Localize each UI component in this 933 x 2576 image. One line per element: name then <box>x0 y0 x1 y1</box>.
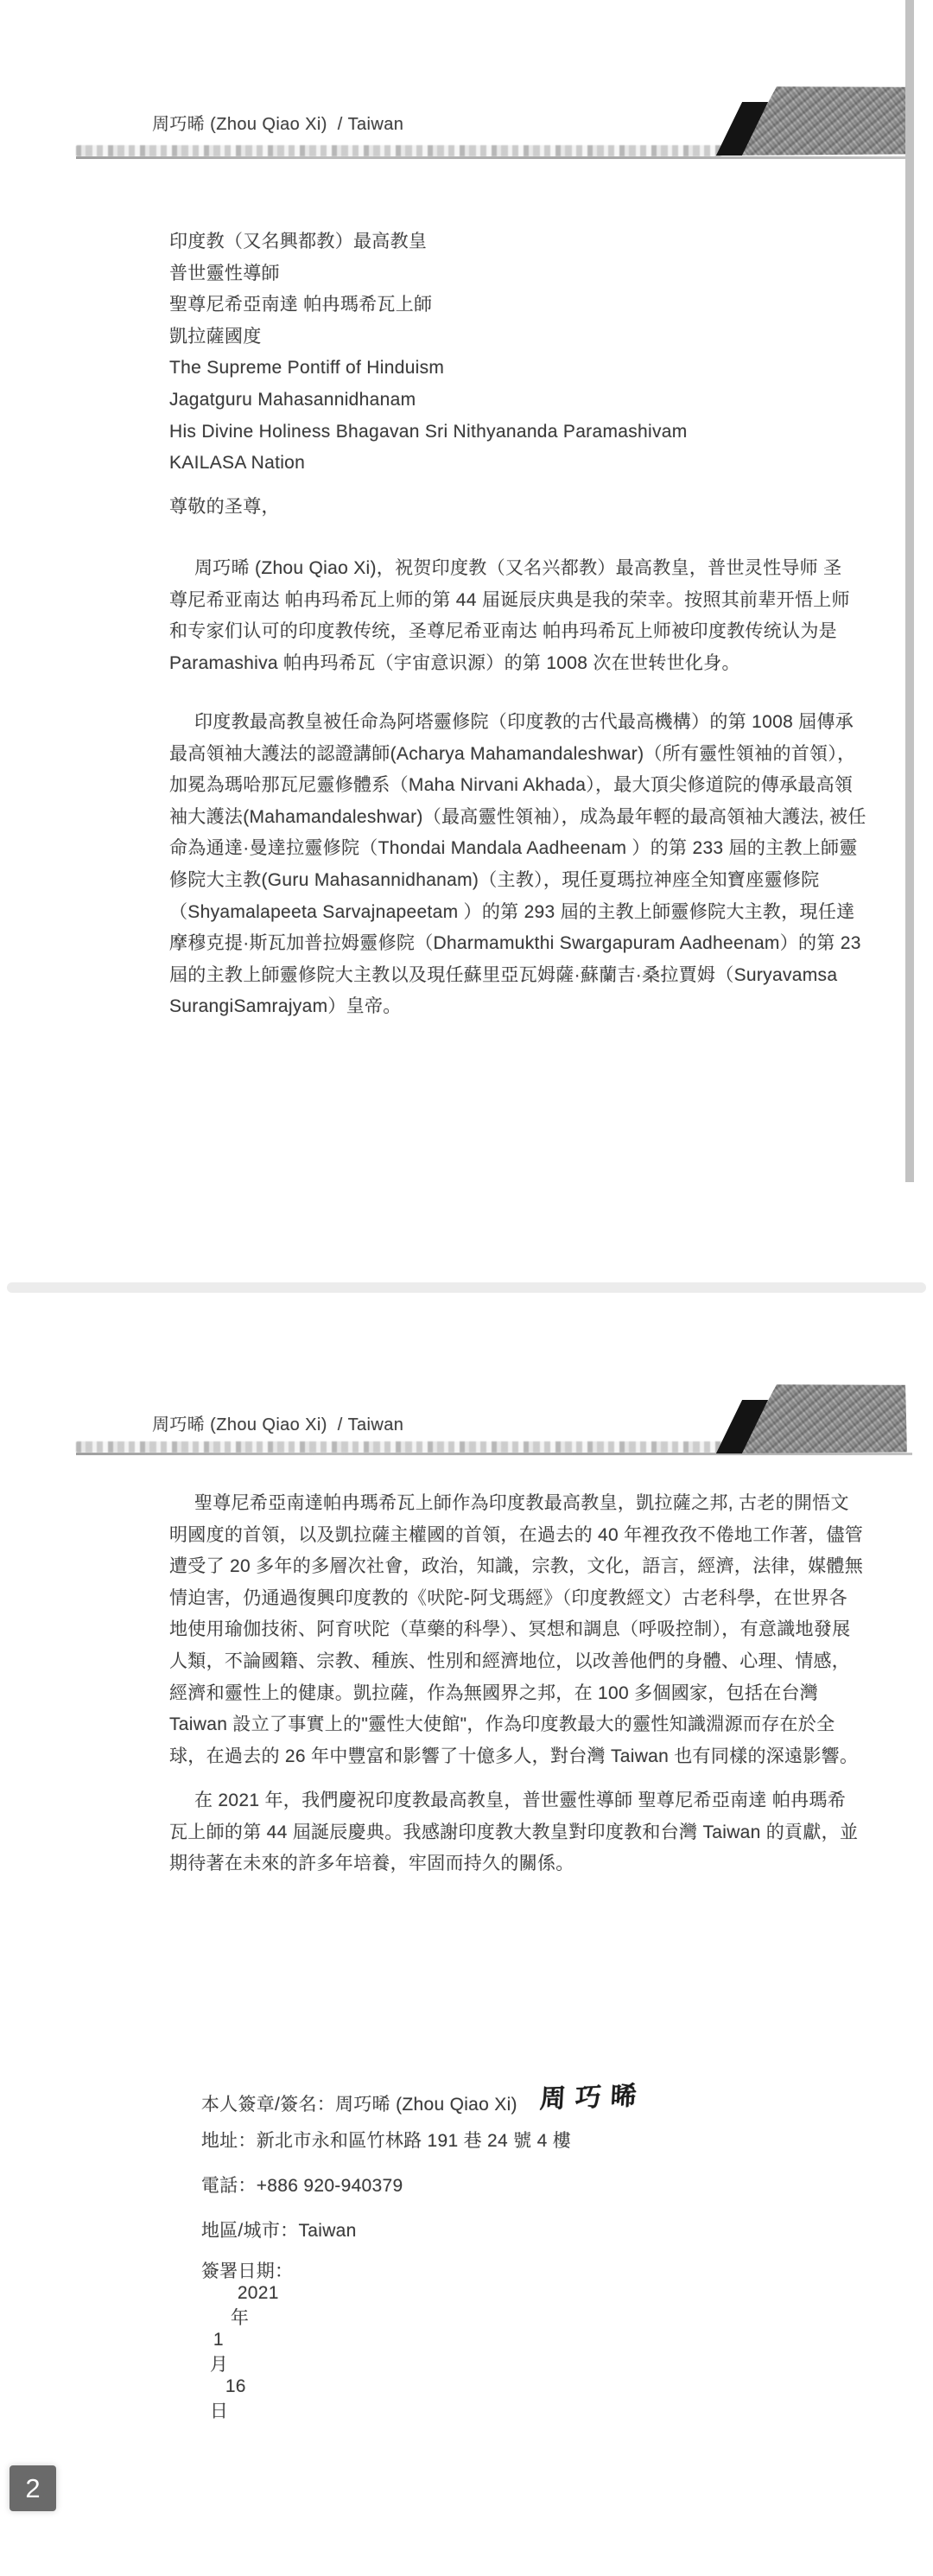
sign-date-day-unit: 日 <box>210 2397 228 2423</box>
sign-date-row: 簽署日期： 2021 年 1 月 16 日 <box>169 2236 293 2444</box>
page-separator <box>7 1282 926 1293</box>
body-line: 命為通達·曼達拉靈修院（Thondai Mandala Aadheenam ）的… <box>169 833 866 865</box>
paragraph-3: 聖尊尼希亞南達帕冉瑪希瓦上師作為印度教最高教皇，凱拉薩之邦, 古老的開悟文 明國… <box>169 1488 863 1772</box>
body-line: SurangiSamrajyam）皇帝。 <box>169 991 866 1023</box>
recipient-title-block: 印度教（又名興都教）最高教皇 普世靈性導師 聖尊尼希亞南達 帕冉瑪希瓦上師 凱拉… <box>169 226 688 480</box>
body-line: 和专家们认可的印度教传统，圣尊尼希亚南达 帕冉玛希瓦上师被印度教传统认为是 <box>169 616 850 648</box>
title-line: His Divine Holiness Bhagavan Sri Nithyan… <box>169 417 688 448</box>
body-line: 經濟和靈性上的健康。凱拉薩，作為無國界之邦，在 100 多個國家，包括在台灣 <box>169 1678 863 1710</box>
header-smudge-band <box>76 145 722 156</box>
sign-date-month: 1 <box>213 2330 224 2350</box>
body-line: （Shyamalapeeta Sarvajnapeetam ）的第 293 屆的… <box>169 897 866 929</box>
region-value: Taiwan <box>298 2221 356 2241</box>
body-line: 期待著在未來的許多年培養，牢固而持久的關係。 <box>169 1848 858 1880</box>
paragraph-4: 在 2021 年，我們慶祝印度教最高教皇，普世靈性導師 聖尊尼希亞南達 帕冉瑪希… <box>169 1785 858 1880</box>
header-author-line: 周巧晞 (Zhou Qiao Xi) / Taiwan <box>152 1410 403 1435</box>
body-line: 周巧晞 (Zhou Qiao Xi)，祝贺印度教（又名兴都教）最高教皇，普世灵性… <box>169 553 850 585</box>
title-line: Jagatguru Mahasannidhanam <box>169 385 688 417</box>
address-label: 地址： <box>201 2131 257 2151</box>
title-line: 凱拉薩國度 <box>169 321 688 353</box>
body-line: 在 2021 年，我們慶祝印度教最高教皇，普世靈性導師 聖尊尼希亞南達 帕冉瑪希 <box>169 1785 858 1817</box>
phone-value: +886 920-940379 <box>257 2176 403 2196</box>
kailasa-logo <box>726 85 909 162</box>
body-line: 聖尊尼希亞南達帕冉瑪希瓦上師作為印度教最高教皇，凱拉薩之邦, 古老的開悟文 <box>169 1488 863 1520</box>
body-line: 明國度的首領，以及凱拉薩主權國的首領，在過去的 40 年裡孜孜不倦地工作著，儘管 <box>169 1520 863 1552</box>
body-line: 遭受了 20 多年的多層次社會，政治，知識，宗教，文化，語言，經濟，法律，媒體無 <box>169 1551 863 1583</box>
kailasa-logo <box>726 1383 909 1460</box>
body-line: 人類，不論國籍、宗教、種族、性別和經濟地位，以改善他們的身體、心理、情感， <box>169 1646 863 1678</box>
body-line: 加冕為瑪哈那瓦尼靈修體系（Maha Nirvani Akhada），最大頂尖修道… <box>169 770 866 802</box>
body-line: 袖大護法(Mahamandaleshwar)（最高靈性領袖），成為最年輕的最高領… <box>169 802 866 834</box>
title-line: KAILASA Nation <box>169 448 688 480</box>
header-smudge-band <box>76 1441 722 1453</box>
body-line: 尊尼希亚南达 帕冉玛希瓦上师的第 44 届诞辰庆典是我的荣幸。按照其前辈开悟上师 <box>169 585 850 617</box>
body-line: 情迫害，仍通過復興印度教的《吠陀-阿戈瑪經》（印度教經文）古老科學，在世界各 <box>169 1583 863 1615</box>
title-line: The Supreme Pontiff of Hinduism <box>169 353 688 385</box>
phone-label: 電話： <box>201 2176 257 2196</box>
sign-date-year-unit: 年 <box>231 2304 249 2330</box>
sign-date-year: 2021 <box>238 2283 279 2304</box>
body-line: 修院大主教(Guru Mahasannidhanam)（主教），現任夏瑪拉神座全… <box>169 865 866 897</box>
paragraph-2: 印度教最高教皇被任命為阿塔靈修院（印度教的古代最高機構）的第 1008 屆傳承 … <box>169 707 866 1023</box>
body-line: 屆的主教上師靈修院大主教以及現任蘇里亞瓦姆薩·蘇蘭吉·桑拉賈姆（Suryavam… <box>169 960 866 992</box>
logo-gray-trapezoid-icon <box>738 86 907 156</box>
header-author-line: 周巧晞 (Zhou Qiao Xi) / Taiwan <box>152 110 403 135</box>
sign-date-label: 簽署日期： <box>201 2257 294 2283</box>
page-number-badge: 2 <box>10 2465 56 2511</box>
body-line: 瓦上師的第 44 屆誕辰慶典。我感謝印度教大教皇對印度教和台灣 Taiwan 的… <box>169 1817 858 1849</box>
body-line: Paramashiva 帕冉玛希瓦（宇宙意识源）的第 1008 次在世转世化身。 <box>169 648 850 680</box>
address-value: 新北市永和區竹林路 191 巷 24 號 4 樓 <box>257 2131 571 2151</box>
body-line: 球，在過去的 26 年中豐富和影響了十億多人，對台灣 Taiwan 也有同樣的深… <box>169 1741 863 1773</box>
title-line: 印度教（又名興都教）最高教皇 <box>169 226 688 258</box>
title-line: 聖尊尼希亞南達 帕冉瑪希瓦上師 <box>169 289 688 321</box>
body-line: Taiwan 設立了事實上的"靈性大使館"，作為印度教最大的靈性知識淵源而存在於… <box>169 1709 863 1741</box>
body-line: 印度教最高教皇被任命為阿塔靈修院（印度教的古代最高機構）的第 1008 屆傳承 <box>169 707 866 739</box>
sign-date-day: 16 <box>225 2376 246 2397</box>
body-line: 地使用瑜伽技術、阿育吠陀（草藥的科學）、冥想和調息（呼吸控制），有意識地發展 <box>169 1614 863 1646</box>
scanned-letter-document: 周巧晞 (Zhou Qiao Xi) / Taiwan 印度教（又名興都教）最高… <box>0 0 933 2576</box>
body-line: 最高領袖大護法的認證講師(Acharya Mahamandaleshwar)（所… <box>169 739 866 771</box>
logo-gray-trapezoid-icon <box>738 1384 907 1453</box>
sign-date-month-unit: 月 <box>210 2350 228 2376</box>
body-line: 摩穆克提·斯瓦加普拉姆靈修院（Dharmamukthi Swargapuram … <box>169 928 866 960</box>
page-edge-line <box>905 0 914 1182</box>
title-line: 普世靈性導師 <box>169 258 688 290</box>
paragraph-1: 周巧晞 (Zhou Qiao Xi)，祝贺印度教（又名兴都教）最高教皇，普世灵性… <box>169 553 850 679</box>
salutation: 尊敬的圣尊， <box>169 493 280 518</box>
